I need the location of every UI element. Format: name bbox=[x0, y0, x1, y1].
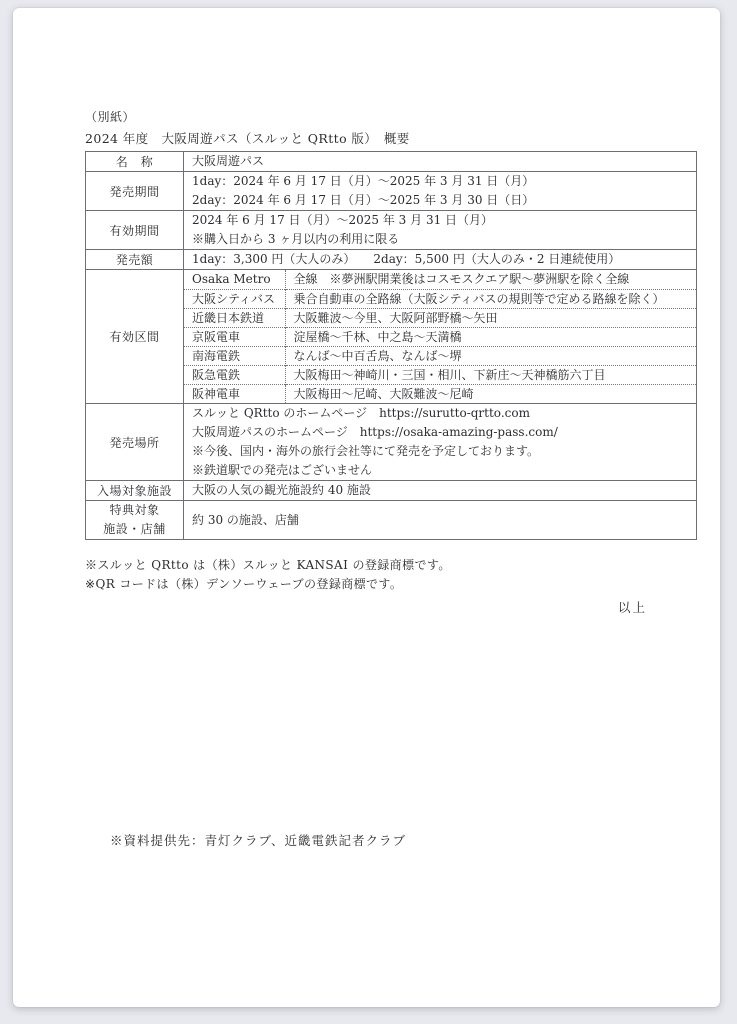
sales-period-line-2day: 2day：2024 年 6 月 17 日（月）～2025 年 3 月 30 日（… bbox=[192, 191, 688, 210]
table-row-valid-area: 有効区間 Osaka Metro 全線 ※夢洲駅開業後はコスモスクエア駅～夢洲駅… bbox=[86, 270, 697, 404]
operator-name: 阪神電車 bbox=[184, 384, 285, 403]
row-value-valid-period: 2024 年 6 月 17 日（月）～2025 年 3 月 31 日（月） ※購… bbox=[184, 211, 697, 250]
row-label-admission-facilities: 入場対象施設 bbox=[86, 481, 184, 501]
operator-row: 近畿日本鉄道 大阪難波～今里、大阪阿部野橋～矢田 bbox=[184, 308, 696, 327]
row-value-sales-location: スルッと QRtto のホームページ https://surutto-qrtto… bbox=[184, 404, 697, 481]
page-title: 2024 年度 大阪周遊パス（スルッと QRtto 版） 概要 bbox=[85, 129, 410, 147]
operator-row: 京阪電車 淀屋橋～千林、中之島～天満橋 bbox=[184, 327, 696, 346]
table-row-admission-facilities: 入場対象施設 大阪の人気の観光施設約 40 施設 bbox=[86, 481, 697, 501]
sales-location-line-stations-note: ※鉄道駅での発売はございません bbox=[192, 461, 688, 480]
footnote-qrtto-trademark: ※スルッと QRtto は（株）スルッと KANSAI の登録商標です。 bbox=[85, 556, 451, 575]
operator-route: 大阪難波～今里、大阪阿部野橋～矢田 bbox=[285, 308, 696, 327]
sales-location-line-pass-site: 大阪周遊パスのホームページ https://osaka-amazing-pass… bbox=[192, 423, 688, 442]
overview-table: 名 称 大阪周遊パス 発売期間 1day：2024 年 6 月 17 日（月）～… bbox=[85, 151, 697, 540]
operator-route: 淀屋橋～千林、中之島～天満橋 bbox=[285, 327, 696, 346]
row-value-benefit-facilities: 約 30 の施設、店舗 bbox=[184, 501, 697, 540]
row-value-name: 大阪周遊パス bbox=[184, 152, 697, 172]
sales-location-line-qrtto-site: スルッと QRtto のホームページ https://surutto-qrtto… bbox=[192, 404, 688, 423]
sales-location-line-agencies-note: ※今後、国内・海外の旅行会社等にて発売を予定しております。 bbox=[192, 442, 688, 461]
valid-area-subtable: Osaka Metro 全線 ※夢洲駅開業後はコスモスクエア駅～夢洲駅を除く全線… bbox=[184, 270, 696, 403]
operator-route: なんば～中百舌鳥、なんば～堺 bbox=[285, 346, 696, 365]
attachment-label: （別紙） bbox=[85, 108, 135, 125]
footnote-qrcode-trademark: ※QR コードは（株）デンソーウェーブの登録商標です。 bbox=[85, 575, 451, 594]
row-value-valid-area: Osaka Metro 全線 ※夢洲駅開業後はコスモスクエア駅～夢洲駅を除く全線… bbox=[184, 270, 697, 404]
benefit-label-line-2: 施設・店舗 bbox=[88, 520, 181, 539]
row-value-admission-facilities: 大阪の人気の観光施設約 40 施設 bbox=[184, 481, 697, 501]
row-value-sales-period: 1day：2024 年 6 月 17 日（月）～2025 年 3 月 31 日（… bbox=[184, 172, 697, 211]
closing-ijou: 以上 bbox=[618, 598, 647, 616]
row-label-sales-location: 発売場所 bbox=[86, 404, 184, 481]
operator-route: 全線 ※夢洲駅開業後はコスモスクエア駅～夢洲駅を除く全線 bbox=[285, 270, 696, 289]
operator-row: 阪神電車 大阪梅田～尼崎、大阪難波～尼崎 bbox=[184, 384, 696, 403]
operator-row: 大阪シティバス 乗合自動車の全路線（大阪シティバスの規則等で定める路線を除く） bbox=[184, 289, 696, 308]
row-value-price: 1day：3,300 円（大人のみ） 2day：5,500 円（大人のみ・2 日… bbox=[184, 250, 697, 270]
valid-period-line-dates: 2024 年 6 月 17 日（月）～2025 年 3 月 31 日（月） bbox=[192, 211, 688, 230]
trademark-footnotes: ※スルッと QRtto は（株）スルッと KANSAI の登録商標です。 ※QR… bbox=[85, 556, 451, 594]
operator-row: Osaka Metro 全線 ※夢洲駅開業後はコスモスクエア駅～夢洲駅を除く全線 bbox=[184, 270, 696, 289]
table-row-sales-period: 発売期間 1day：2024 年 6 月 17 日（月）～2025 年 3 月 … bbox=[86, 172, 697, 211]
operator-name: 大阪シティバス bbox=[184, 289, 285, 308]
operator-route: 乗合自動車の全路線（大阪シティバスの規則等で定める路線を除く） bbox=[285, 289, 696, 308]
table-row-sales-location: 発売場所 スルッと QRtto のホームページ https://surutto-… bbox=[86, 404, 697, 481]
row-label-valid-period: 有効期間 bbox=[86, 211, 184, 250]
operator-row: 阪急電鉄 大阪梅田～神崎川・三国・相川、下新庄～天神橋筋六丁目 bbox=[184, 365, 696, 384]
benefit-label-line-1: 特典対象 bbox=[88, 501, 181, 520]
row-label-sales-period: 発売期間 bbox=[86, 172, 184, 211]
row-label-valid-area: 有効区間 bbox=[86, 270, 184, 404]
table-row-benefit-facilities: 特典対象 施設・店舗 約 30 の施設、店舗 bbox=[86, 501, 697, 540]
valid-period-line-note: ※購入日から 3 ヶ月以内の利用に限る bbox=[192, 230, 688, 249]
table-row-price: 発売額 1day：3,300 円（大人のみ） 2day：5,500 円（大人のみ… bbox=[86, 250, 697, 270]
operator-name: 阪急電鉄 bbox=[184, 365, 285, 384]
press-club-source-note: ※資料提供先：青灯クラブ、近畿電鉄記者クラブ bbox=[110, 831, 406, 849]
document-page: （別紙） 2024 年度 大阪周遊パス（スルッと QRtto 版） 概要 名 称… bbox=[13, 8, 720, 1007]
operator-name: 南海電鉄 bbox=[184, 346, 285, 365]
operator-name: 京阪電車 bbox=[184, 327, 285, 346]
operator-route: 大阪梅田～尼崎、大阪難波～尼崎 bbox=[285, 384, 696, 403]
operator-row: 南海電鉄 なんば～中百舌鳥、なんば～堺 bbox=[184, 346, 696, 365]
sales-period-line-1day: 1day：2024 年 6 月 17 日（月）～2025 年 3 月 31 日（… bbox=[192, 172, 688, 191]
operator-name: 近畿日本鉄道 bbox=[184, 308, 285, 327]
operator-route: 大阪梅田～神崎川・三国・相川、下新庄～天神橋筋六丁目 bbox=[285, 365, 696, 384]
row-label-price: 発売額 bbox=[86, 250, 184, 270]
table-row-name: 名 称 大阪周遊パス bbox=[86, 152, 697, 172]
table-row-valid-period: 有効期間 2024 年 6 月 17 日（月）～2025 年 3 月 31 日（… bbox=[86, 211, 697, 250]
operator-name: Osaka Metro bbox=[184, 270, 285, 289]
row-label-name: 名 称 bbox=[86, 152, 184, 172]
row-label-benefit-facilities: 特典対象 施設・店舗 bbox=[86, 501, 184, 540]
